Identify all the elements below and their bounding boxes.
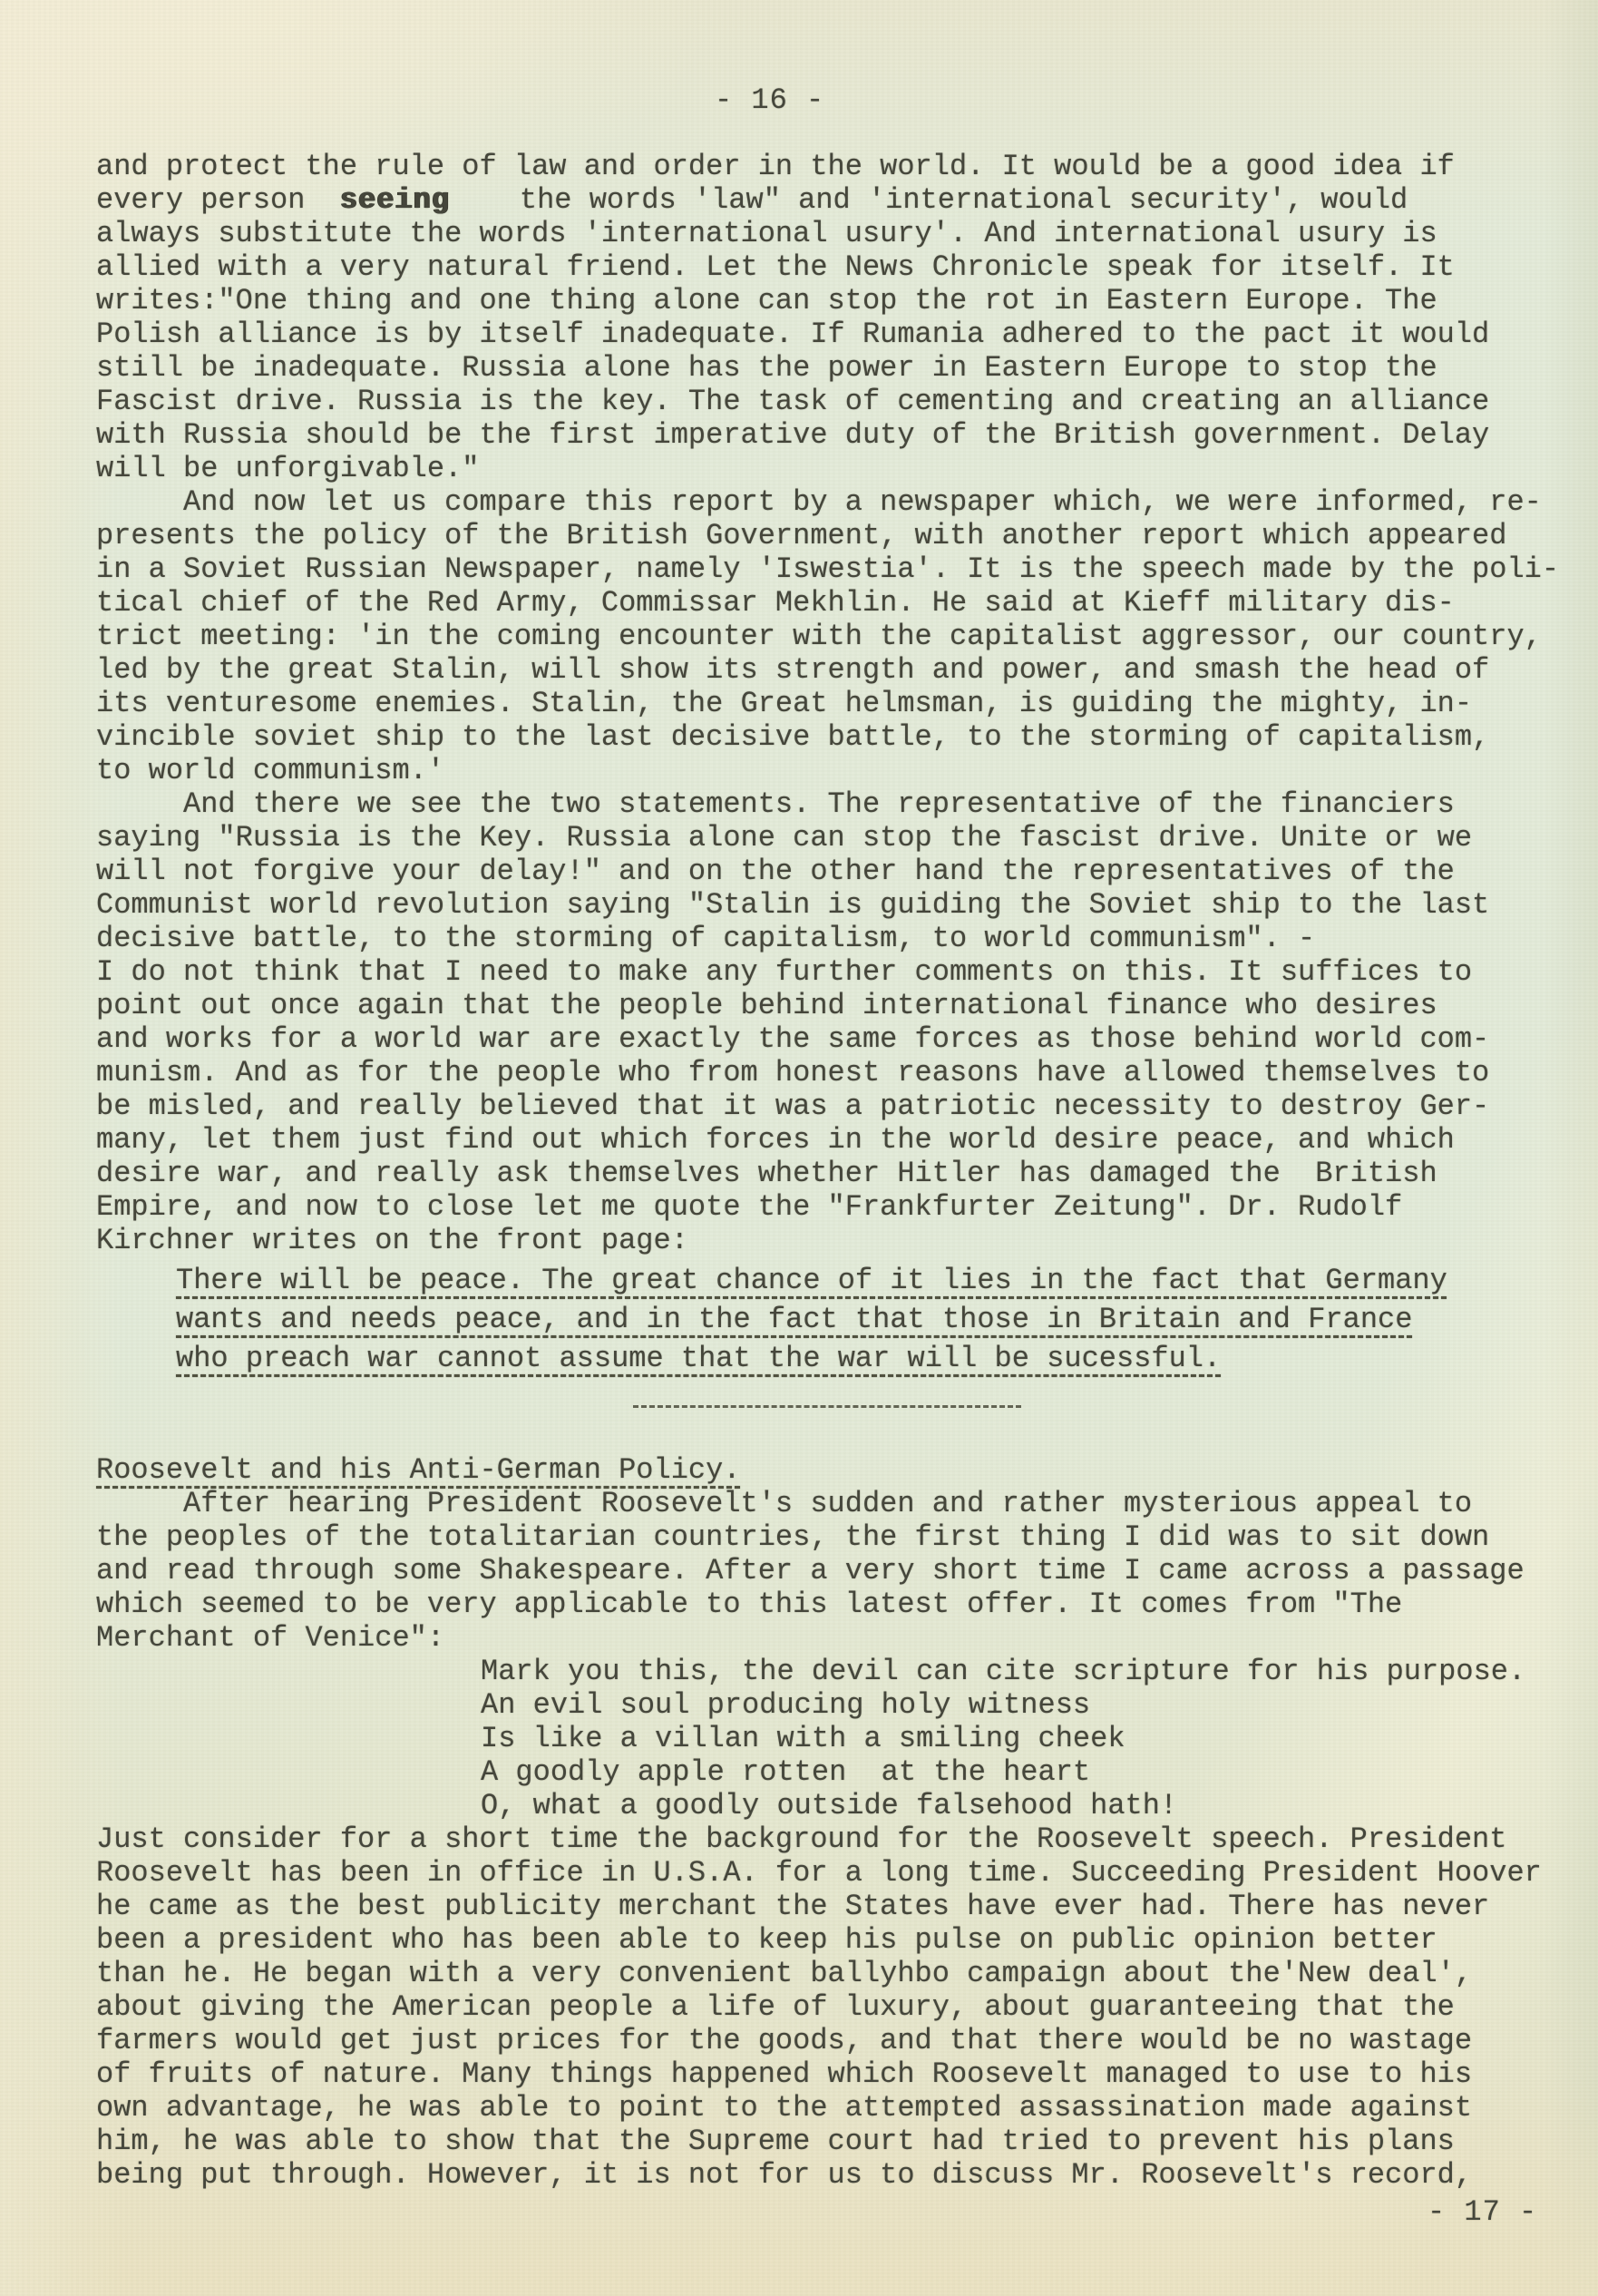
quote-line: There will be peace. The great chance of… [176,1261,1598,1300]
paragraph-roosevelt-appeal: After hearing President Roosevelt's sudd… [96,1487,1598,1655]
quote-line: who preach war cannot assume that the wa… [176,1339,1598,1378]
overtyped-word: seeing [340,183,450,217]
quote-line: wants and needs peace, and in the fact t… [176,1300,1598,1339]
shakespeare-verse-block: Mark you this, the devil can cite script… [481,1655,1598,1822]
paragraph-roosevelt-background: Just consider for a short time the backg… [96,1822,1598,2192]
paragraph-two-statements: And there we see the two statements. The… [96,787,1598,1257]
verse-line: O, what a goodly outside falsehood hath! [481,1789,1598,1822]
section-divider-rule [633,1405,1021,1408]
scanned-document-page: - 16 - and protect the rule of law and o… [0,0,1598,2296]
paragraph-iswestia-report: And now let us compare this report by a … [96,485,1598,787]
verse-line: Is like a villan with a smiling cheek [481,1722,1598,1755]
verse-line: A goodly apple rotten at the heart [481,1755,1598,1789]
underlined-quote-block: There will be peace. The great chance of… [176,1261,1598,1378]
paragraph-international-usury: and protect the rule of law and order in… [96,150,1598,485]
paragraph-text: the words 'law" and 'international secur… [96,183,1489,485]
page-number-footer: - 17 - [1427,2195,1598,2229]
text-column: and protect the rule of law and order in… [0,0,1598,2229]
verse-line: Mark you this, the devil can cite script… [481,1655,1598,1688]
verse-line: An evil soul producing holy witness [481,1688,1598,1722]
section-heading: Roosevelt and his Anti-German Policy. [96,1453,741,1487]
